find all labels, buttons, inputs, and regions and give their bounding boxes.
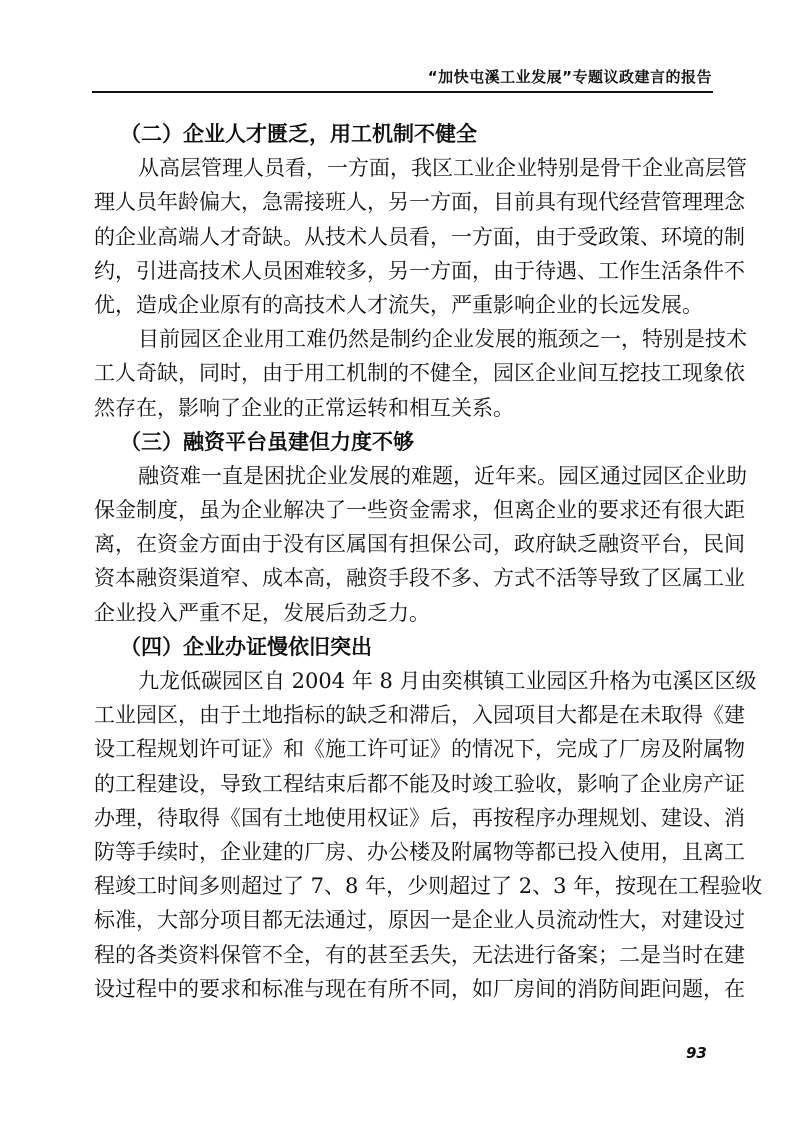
text-line: 九龙低碳园区自 2004 年 8 月由奕棋镇工业园区升格为屯溪区区级 [94, 664, 713, 698]
text-line: 程的各类资料保管不全，有的甚至丢失，无法进行备案；二是当时在建 [94, 938, 713, 972]
text-line: 的企业高端人才奇缺。从技术人员看，一方面，由于受政策、环境的制 [94, 220, 713, 254]
header-rule-divider [92, 91, 713, 93]
text-line: 保金制度，虽为企业解决了一些资金需求，但离企业的要求还有很大距 [94, 493, 713, 527]
text-line: 优，造成企业原有的高技术人才流失，严重影响企业的长远发展。 [94, 288, 713, 322]
paragraph: 九龙低碳园区自 2004 年 8 月由奕棋镇工业园区升格为屯溪区区级 工业园区，… [94, 664, 713, 1006]
text-line: 约，引进高技术人员困难较多，另一方面，由于待遇、工作生活条件不 [94, 254, 713, 288]
text-line: 工人奇缺，同时，由于用工机制的不健全，园区企业间互挖技工现象依 [94, 356, 713, 390]
text-line: 资本融资渠道窄、成本高，融资手段不多、方式不活等导致了区属工业 [94, 561, 713, 595]
page-number: 93 [686, 1044, 707, 1062]
text-line: 目前园区企业用工难仍然是制约企业发展的瓶颈之一，特别是技术 [94, 322, 713, 356]
paragraph: 融资难一直是困扰企业发展的难题，近年来。园区通过园区企业助 保金制度，虽为企业解… [94, 459, 713, 630]
text-line: 办理，待取得《国有土地使用权证》后，再按程序办理规划、建设、消 [94, 801, 713, 835]
text-line: 从高层管理人员看，一方面，我区工业企业特别是骨干企业高层管 [94, 151, 713, 185]
section-heading: （四）企业办证慢依旧突出 [94, 630, 713, 664]
text-line: 防等手续时，企业建的厂房、办公楼及附属物等都已投入使用，且离工 [94, 835, 713, 869]
text-line: 企业投入严重不足，发展后劲乏力。 [94, 596, 713, 630]
text-line: 的工程建设，导致工程结束后都不能及时竣工验收，影响了企业房产证 [94, 767, 713, 801]
paragraph: 目前园区企业用工难仍然是制约企业发展的瓶颈之一，特别是技术 工人奇缺，同时，由于… [94, 322, 713, 425]
text-line: 设过程中的要求和标准与现在有所不同，如厂房间的消防间距问题，在 [94, 972, 713, 1006]
text-line: 设工程规划许可证》和《施工许可证》的情况下，完成了厂房及附属物 [94, 732, 713, 766]
text-line: 融资难一直是困扰企业发展的难题，近年来。园区通过园区企业助 [94, 459, 713, 493]
text-line: 理人员年龄偏大，急需接班人，另一方面，目前具有现代经营管理理念 [94, 185, 713, 219]
text-line: 然存在，影响了企业的正常运转和相互关系。 [94, 391, 713, 425]
text-line: 工业园区，由于土地指标的缺乏和滞后，入园项目大都是在未取得《建 [94, 698, 713, 732]
page-body: （二）企业人才匮乏，用工机制不健全 从高层管理人员看，一方面，我区工业企业特别是… [94, 117, 713, 1006]
text-line: 标准，大部分项目都无法通过，原因一是企业人员流动性大，对建设过 [94, 903, 713, 937]
running-header-title: “加快屯溪工业发展”专题议政建言的报告 [92, 66, 712, 87]
text-line: 离，在资金方面由于没有区属国有担保公司，政府缺乏融资平台，民间 [94, 527, 713, 561]
paragraph: 从高层管理人员看，一方面，我区工业企业特别是骨干企业高层管 理人员年龄偏大，急需… [94, 151, 713, 322]
text-line: 程竣工时间多则超过了 7、8 年，少则超过了 2、3 年，按现在工程验收 [94, 869, 713, 903]
section-heading: （三）融资平台虽建但力度不够 [94, 425, 713, 459]
section-heading: （二）企业人才匮乏，用工机制不健全 [94, 117, 713, 151]
